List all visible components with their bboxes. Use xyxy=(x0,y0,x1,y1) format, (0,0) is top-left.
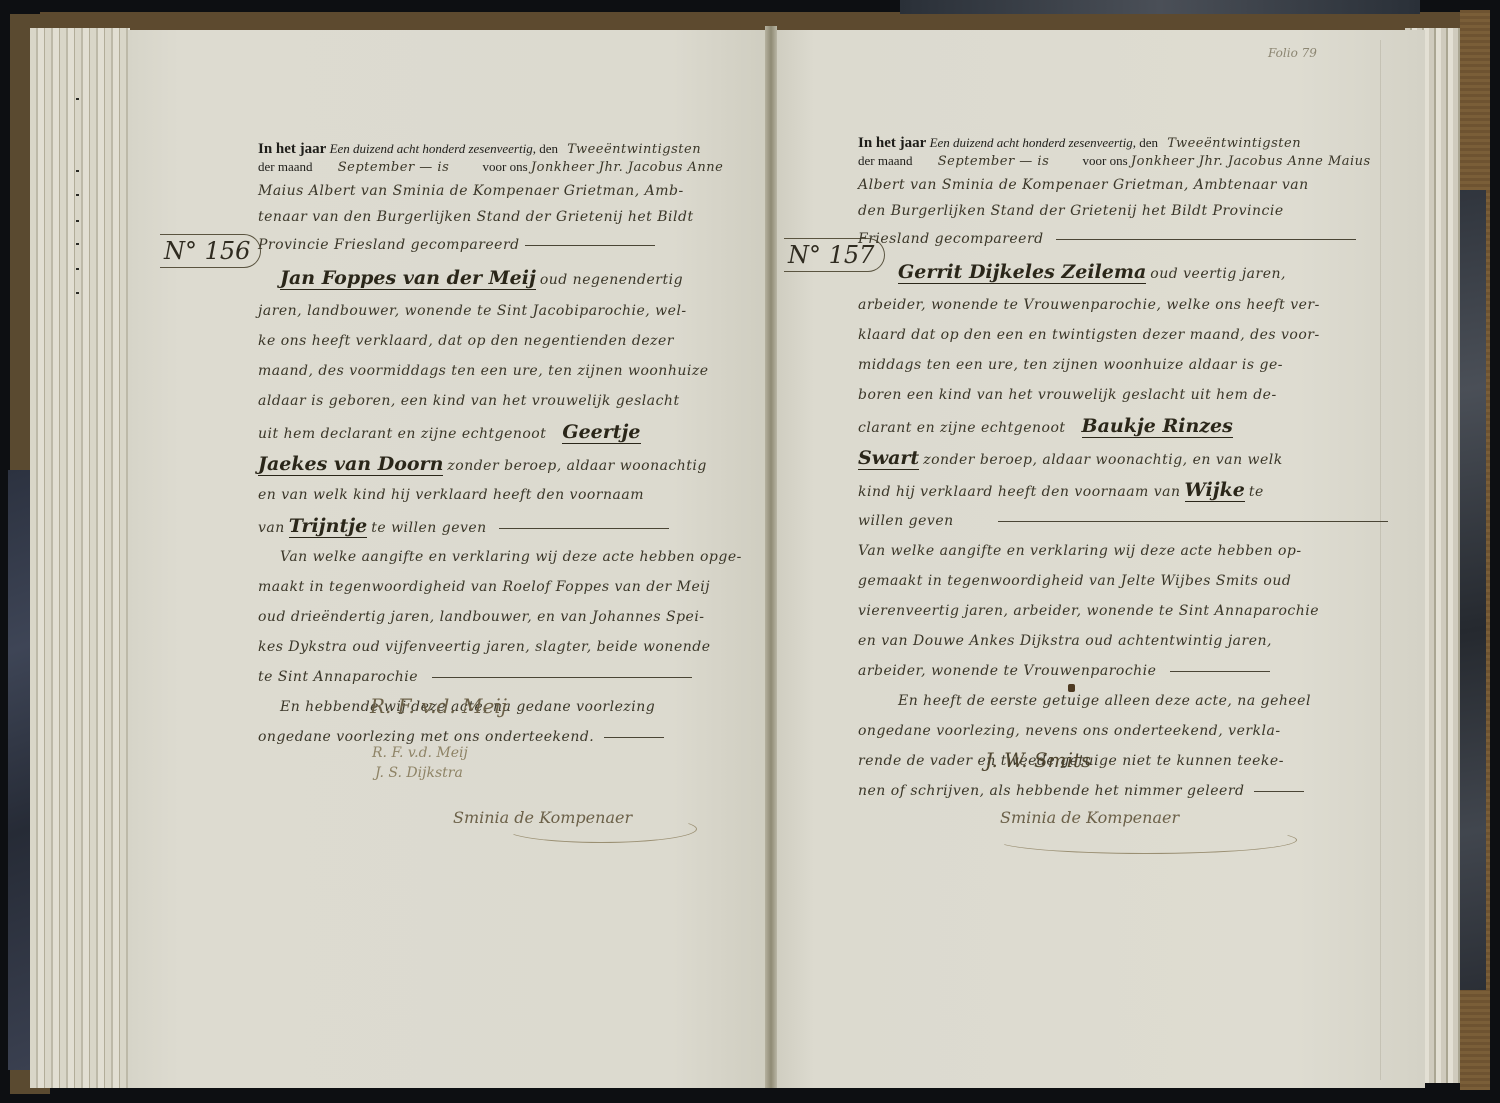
handwritten-text: kind hij verklaard heeft den voornaam va… xyxy=(858,484,1181,500)
handwritten-text: oud negenendertig xyxy=(540,272,683,288)
handwritten-text: te willen geven xyxy=(371,520,487,536)
handwritten-text: oud veertig jaren, xyxy=(1150,266,1286,282)
handwritten-line: vierenveertig jaren, arbeider, wonende t… xyxy=(858,596,1378,626)
mother-line-2: Swart zonder beroep, aldaar woonachtig, … xyxy=(858,442,1378,474)
printed-suffix: , den xyxy=(1133,135,1158,150)
child-name: Wijke xyxy=(1185,479,1245,502)
handwritten-line: jaren, landbouwer, wonende te Sint Jacob… xyxy=(258,296,758,326)
folio-number: Folio 79 xyxy=(1268,46,1317,60)
printed-voor-ons: voor ons xyxy=(1083,153,1128,168)
handwritten-line: En heeft de eerste getuige alleen deze a… xyxy=(858,686,1378,716)
handwritten-text: clarant en zijne echtgenoot xyxy=(858,420,1066,436)
right-entry-text: In het jaar Een duizend acht honderd zes… xyxy=(858,134,1378,806)
stack-mark xyxy=(76,98,79,100)
stack-mark xyxy=(76,170,79,172)
signature-declarant: R. F. v.d. Meij xyxy=(370,694,507,718)
mother-line: uit hem declarant en zijne echtgenoot Ge… xyxy=(258,416,758,448)
declarant-name: Gerrit Dijkeles Zeilema xyxy=(898,261,1146,284)
mother-line: clarant en zijne echtgenoot Baukje Rinze… xyxy=(858,410,1378,442)
stack-mark xyxy=(76,243,79,245)
handwritten-line: ke ons heeft verklaard, dat op den negen… xyxy=(258,326,758,356)
handwritten-line: Provincie Friesland gecompareerd xyxy=(258,230,758,260)
signature-flourish xyxy=(995,826,1297,854)
handwritten-text: Provincie Friesland gecompareerd xyxy=(258,237,520,253)
mother-name-part1: Baukje Rinzes xyxy=(1082,415,1233,438)
marbled-cover-top xyxy=(900,0,1420,14)
child-name: Trijntje xyxy=(289,515,367,538)
filler-rule xyxy=(499,528,669,529)
handwritten-text: willen geven xyxy=(858,513,954,529)
printed-suffix: , den xyxy=(533,141,558,156)
stack-mark xyxy=(76,194,79,196)
handwritten-text: zonder beroep, aldaar woonachtig, en van… xyxy=(923,452,1283,468)
left-entry-text: In het jaar Een duizend acht honderd zes… xyxy=(258,140,758,752)
handwritten-text: van xyxy=(258,520,285,536)
ink-stain xyxy=(1068,684,1075,692)
handwritten-line: arbeider, wonende te Vrouwenparochie xyxy=(858,656,1378,686)
handwritten-line: kes Dykstra oud vijfenveertig jaren, sla… xyxy=(258,632,758,662)
signature-flourish xyxy=(505,815,697,843)
handwritten-line: den Burgerlijken Stand der Grietenij het… xyxy=(858,198,1378,224)
handwritten-text: nen of schrijven, als hebbende het nimme… xyxy=(858,783,1244,799)
handwritten-text: Friesland gecompareerd xyxy=(858,231,1044,247)
printed-month-label: der maand xyxy=(258,159,313,174)
handwritten-text: uit hem declarant en zijne echtgenoot xyxy=(258,426,546,442)
handwritten-text: ongedane voorlezing met ons onderteekend… xyxy=(258,729,594,745)
handwritten-line: Van welke aangifte en verklaring wij dez… xyxy=(858,536,1378,566)
handwritten-line: oud drieëndertig jaren, landbouwer, en v… xyxy=(258,602,758,632)
child-line: kind hij verklaard heeft den voornaam va… xyxy=(858,474,1378,506)
handwritten-official: Jonkheer Jhr. Jacobus Anne Maius xyxy=(1131,154,1371,169)
filler-rule xyxy=(1254,791,1304,792)
mother-name-part1: Geertje xyxy=(562,421,640,444)
handwritten-line: ongedane voorlezing, nevens ons ondertee… xyxy=(858,716,1378,746)
child-line: van Trijntje te willen geven xyxy=(258,510,758,542)
handwritten-line: En hebbende wij deze acte, na gedane voo… xyxy=(258,692,758,722)
filler-rule xyxy=(1170,671,1270,672)
stack-mark xyxy=(76,268,79,270)
handwritten-text: zonder beroep, aldaar woonachtig xyxy=(447,458,706,474)
book-gutter xyxy=(765,26,777,1088)
handwritten-line: boren een kind van het vrouwelijk geslac… xyxy=(858,380,1378,410)
filler-rule xyxy=(432,677,692,678)
handwritten-line: willen geven xyxy=(858,506,1378,536)
printed-voor-ons: voor ons xyxy=(483,159,528,174)
signature-witness: J. W. Smits xyxy=(985,748,1091,772)
page-margin-line xyxy=(1380,40,1381,1080)
mother-name-part2: Jaekes van Doorn xyxy=(258,453,443,476)
signature-witness-1: R. F. v.d. Meij xyxy=(372,745,468,761)
handwritten-line: gemaakt in tegenwoordigheid van Jelte Wi… xyxy=(858,566,1378,596)
handwritten-official: Jonkheer Jhr. Jacobus Anne xyxy=(531,160,723,175)
handwritten-line: Van welke aangifte en verklaring wij dez… xyxy=(258,542,758,572)
printed-year: Een duizend acht honderd zesenveertig xyxy=(930,135,1133,150)
handwritten-line: rende de vader en tweede getuige niet te… xyxy=(858,746,1378,776)
mother-name-part2: Swart xyxy=(858,447,919,470)
page-stack-left xyxy=(30,28,130,1088)
printed-prefix: In het jaar xyxy=(258,141,326,157)
handwritten-line: middags ten een ure, ten zijnen woonhuiz… xyxy=(858,350,1378,380)
handwritten-line: Friesland gecompareerd xyxy=(858,224,1378,254)
handwritten-month: September — is xyxy=(338,160,450,175)
handwritten-line: Albert van Sminia de Kompenaer Grietman,… xyxy=(858,172,1378,198)
handwritten-text: arbeider, wonende te Vrouwenparochie xyxy=(858,663,1156,679)
declarant-line: Gerrit Dijkeles Zeilema oud veertig jare… xyxy=(858,254,1378,290)
stack-mark xyxy=(76,292,79,294)
handwritten-line: nen of schrijven, als hebbende het nimme… xyxy=(858,776,1378,806)
book-top-edge xyxy=(40,12,1480,30)
handwritten-text: te xyxy=(1249,484,1264,500)
handwritten-line: maand, des voormiddags ten een ure, ten … xyxy=(258,356,758,386)
filler-rule xyxy=(525,245,655,246)
handwritten-month: September — is xyxy=(938,154,1050,169)
stack-mark xyxy=(76,220,79,222)
filler-rule xyxy=(998,521,1388,522)
handwritten-line: tenaar van den Burgerlijken Stand der Gr… xyxy=(258,204,758,230)
handwritten-line: arbeider, wonende te Vrouwenparochie, we… xyxy=(858,290,1378,320)
filler-rule xyxy=(1056,239,1356,240)
declarant-line: Jan Foppes van der Meij oud negenenderti… xyxy=(258,260,758,296)
printed-preamble: In het jaar Een duizend acht honderd zes… xyxy=(258,140,758,158)
handwritten-line: maakt in tegenwoordigheid van Roelof Fop… xyxy=(258,572,758,602)
handwritten-line: te Sint Annaparochie xyxy=(258,662,758,692)
printed-year: Een duizend acht honderd zesenveertig xyxy=(330,141,533,156)
handwritten-line: en van welk kind hij verklaard heeft den… xyxy=(258,480,758,510)
mother-line-2: Jaekes van Doorn zonder beroep, aldaar w… xyxy=(258,448,758,480)
printed-month-line: der maand September — is voor ons Jonkhe… xyxy=(858,152,1378,172)
printed-preamble: In het jaar Een duizend acht honderd zes… xyxy=(858,134,1378,152)
printed-month-label: der maand xyxy=(858,153,913,168)
handwritten-line: klaard dat op den een en twintigsten dez… xyxy=(858,320,1378,350)
signature-official: Sminia de Kompenaer xyxy=(1000,808,1179,827)
declarant-name: Jan Foppes van der Meij xyxy=(280,267,536,290)
marbled-cover-right xyxy=(1456,190,1486,990)
handwritten-line: ongedane voorlezing met ons onderteekend… xyxy=(258,722,758,752)
handwritten-day: Tweeëntwintigsten xyxy=(567,142,701,157)
handwritten-line: aldaar is geboren, een kind van het vrou… xyxy=(258,386,758,416)
handwritten-text: te Sint Annaparochie xyxy=(258,669,418,685)
filler-rule xyxy=(604,737,664,738)
signature-witness-2: J. S. Dijkstra xyxy=(375,765,463,781)
entry-number-156: N° 156 xyxy=(160,234,261,268)
handwritten-line: en van Douwe Ankes Dijkstra oud achtentw… xyxy=(858,626,1378,656)
handwritten-day: Tweeëntwintigsten xyxy=(1167,136,1301,151)
handwritten-line: Maius Albert van Sminia de Kompenaer Gri… xyxy=(258,178,758,204)
printed-prefix: In het jaar xyxy=(858,135,926,151)
printed-month-line: der maand September — is voor ons Jonkhe… xyxy=(258,158,758,178)
